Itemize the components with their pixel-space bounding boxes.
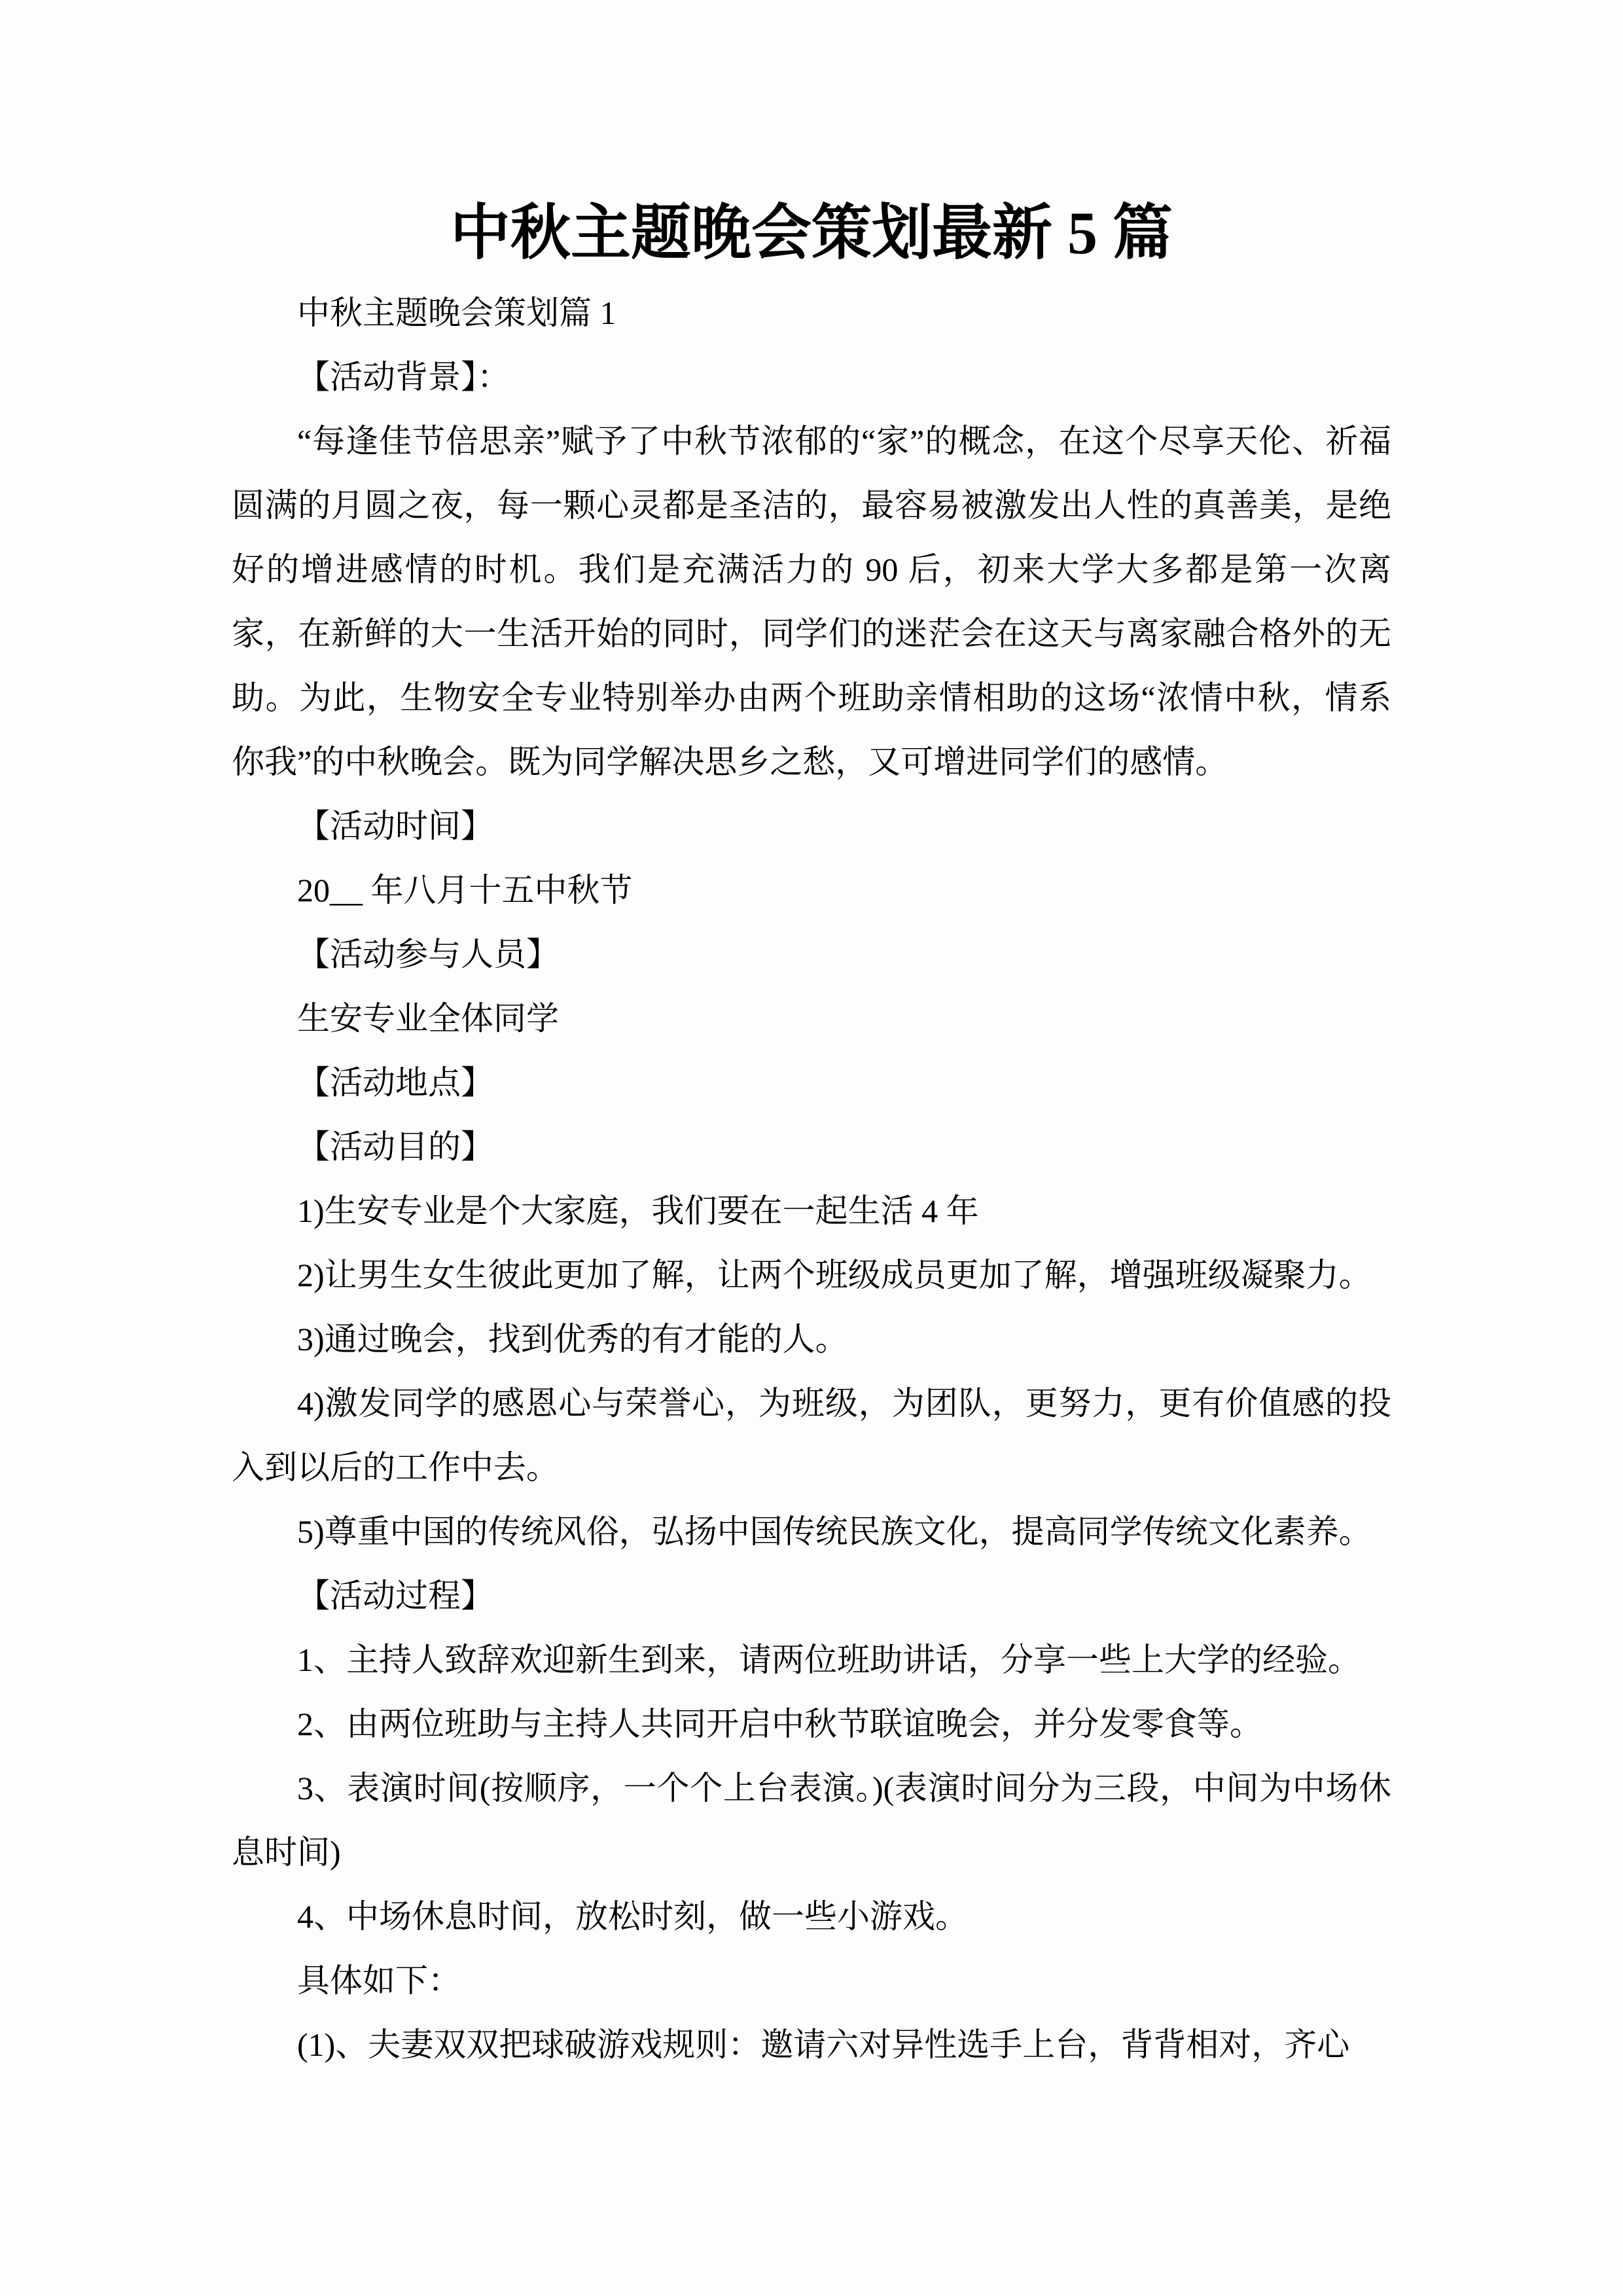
paragraph: 中秋主题晚会策划篇 1: [232, 281, 1391, 345]
paragraph: 4、中场休息时间，放松时刻，做一些小游戏。: [232, 1884, 1391, 1948]
paragraph: 1)生安专业是个大家庭，我们要在一起生活 4 年: [232, 1179, 1391, 1243]
paragraph: 【活动背景】：: [232, 345, 1391, 409]
paragraph: 具体如下：: [232, 1948, 1391, 2013]
document-title: 中秋主题晚会策划最新 5 篇: [232, 185, 1391, 281]
paragraph: 5)尊重中国的传统风俗，弘扬中国传统民族文化，提高同学传统文化素养。: [232, 1499, 1391, 1564]
paragraph: 3、表演时间(按顺序，一个个上台表演。)(表演时间分为三段，中间为中场休息时间): [232, 1756, 1391, 1884]
paragraph: 【活动参与人员】: [232, 922, 1391, 986]
paragraph: (1)、夫妻双双把球破游戏规则：邀请六对异性选手上台，背背相对，齐心: [232, 2013, 1391, 2077]
document-page: 中秋主题晚会策划最新 5 篇 中秋主题晚会策划篇 1 【活动背景】： “每逢佳节…: [0, 0, 1623, 2296]
paragraph: 【活动过程】: [232, 1564, 1391, 1628]
paragraph: 2)让男生女生彼此更加了解，让两个班级成员更加了解，增强班级凝聚力。: [232, 1243, 1391, 1307]
paragraph: 生安专业全体同学: [232, 986, 1391, 1050]
paragraph: 4)激发同学的感恩心与荣誉心，为班级，为团队，更努力，更有价值感的投入到以后的工…: [232, 1371, 1391, 1499]
paragraph: 1、主持人致辞欢迎新生到来，请两位班助讲话，分享一些上大学的经验。: [232, 1628, 1391, 1692]
paragraph: 3)通过晚会，找到优秀的有才能的人。: [232, 1307, 1391, 1371]
paragraph: 20__ 年八月十五中秋节: [232, 858, 1391, 922]
paragraph: “每逢佳节倍思亲”赋予了中秋节浓郁的“家”的概念，在这个尽享天伦、祈福圆满的月圆…: [232, 409, 1391, 794]
paragraph: 【活动目的】: [232, 1115, 1391, 1179]
document-body: 中秋主题晚会策划篇 1 【活动背景】： “每逢佳节倍思亲”赋予了中秋节浓郁的“家…: [232, 281, 1391, 2077]
paragraph: 【活动地点】: [232, 1050, 1391, 1115]
paragraph: 【活动时间】: [232, 794, 1391, 858]
paragraph: 2、由两位班助与主持人共同开启中秋节联谊晚会，并分发零食等。: [232, 1692, 1391, 1756]
